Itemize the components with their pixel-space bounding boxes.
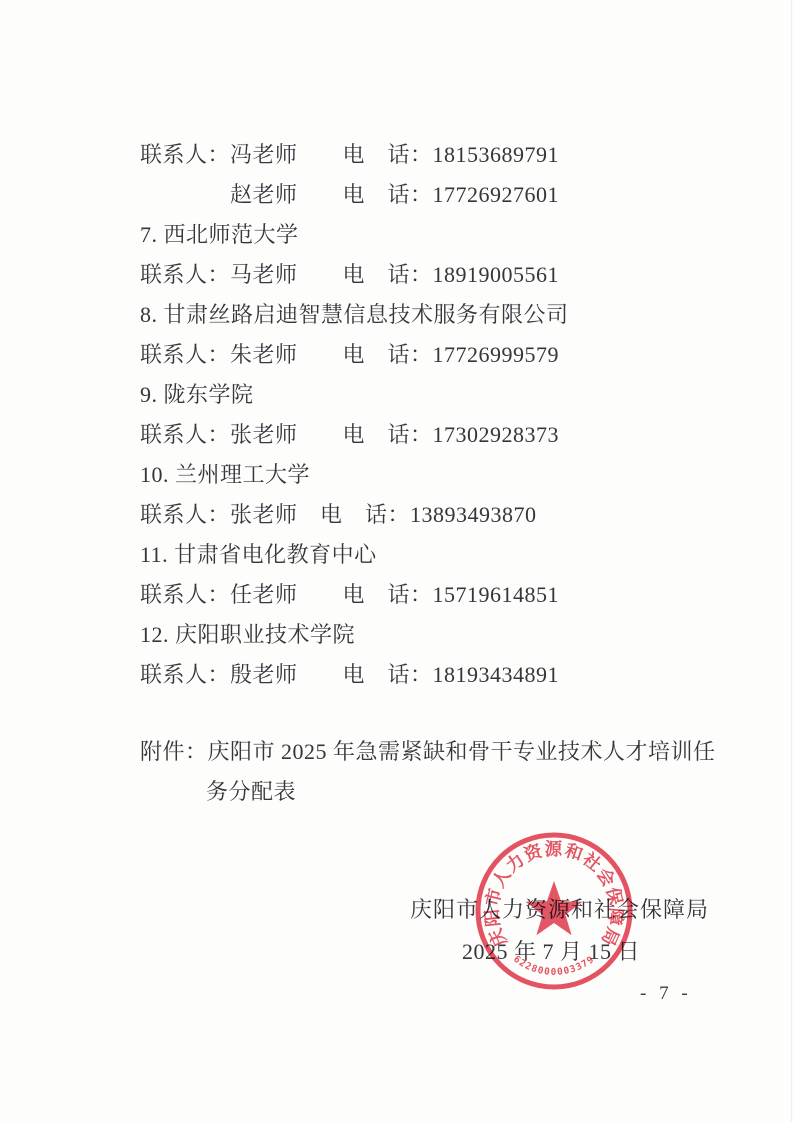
text-line: 12. 庆阳职业技术学院: [140, 615, 569, 655]
text-line: 赵老师 电 话：17726927601: [140, 175, 569, 215]
contact-list: 联系人：冯老师 电 话：18153689791 赵老师 电 话：17726927…: [140, 135, 569, 695]
star-icon: [526, 881, 583, 935]
text-line: 联系人：冯老师 电 话：18153689791: [140, 135, 569, 175]
official-seal: 庆阳市人力资源和社会保障局 6228000003379: [464, 821, 644, 1001]
attachment-block: 附件：庆阳市 2025 年急需紧缺和骨干专业技术人才培训任 务分配表: [140, 732, 716, 812]
svg-text:6228000003379: 6228000003379: [511, 954, 597, 978]
text-line: 联系人：张老师 电 话：13893493870: [140, 495, 569, 535]
attachment-line-1: 附件：庆阳市 2025 年急需紧缺和骨干专业技术人才培训任: [140, 732, 716, 772]
page-number: - 7 -: [640, 983, 692, 1005]
text-line: 联系人：朱老师 电 话：17726999579: [140, 335, 569, 375]
text-line: 11. 甘肃省电化教育中心: [140, 535, 569, 575]
text-line: 8. 甘肃丝路启迪智慧信息技术服务有限公司: [140, 295, 569, 335]
text-line: 联系人：任老师 电 话：15719614851: [140, 575, 569, 615]
text-line: 10. 兰州理工大学: [140, 455, 569, 495]
document-page: 联系人：冯老师 电 话：18153689791 赵老师 电 话：17726927…: [0, 0, 794, 1122]
text-line: 7. 西北师范大学: [140, 215, 569, 255]
text-line: 联系人：殷老师 电 话：18193434891: [140, 655, 569, 695]
text-line: 联系人：张老师 电 话：17302928373: [140, 415, 569, 455]
text-line: 9. 陇东学院: [140, 375, 569, 415]
seal-code: 6228000003379: [511, 954, 597, 978]
text-line: 联系人：马老师 电 话：18919005561: [140, 255, 569, 295]
attachment-line-2: 务分配表: [140, 772, 716, 812]
